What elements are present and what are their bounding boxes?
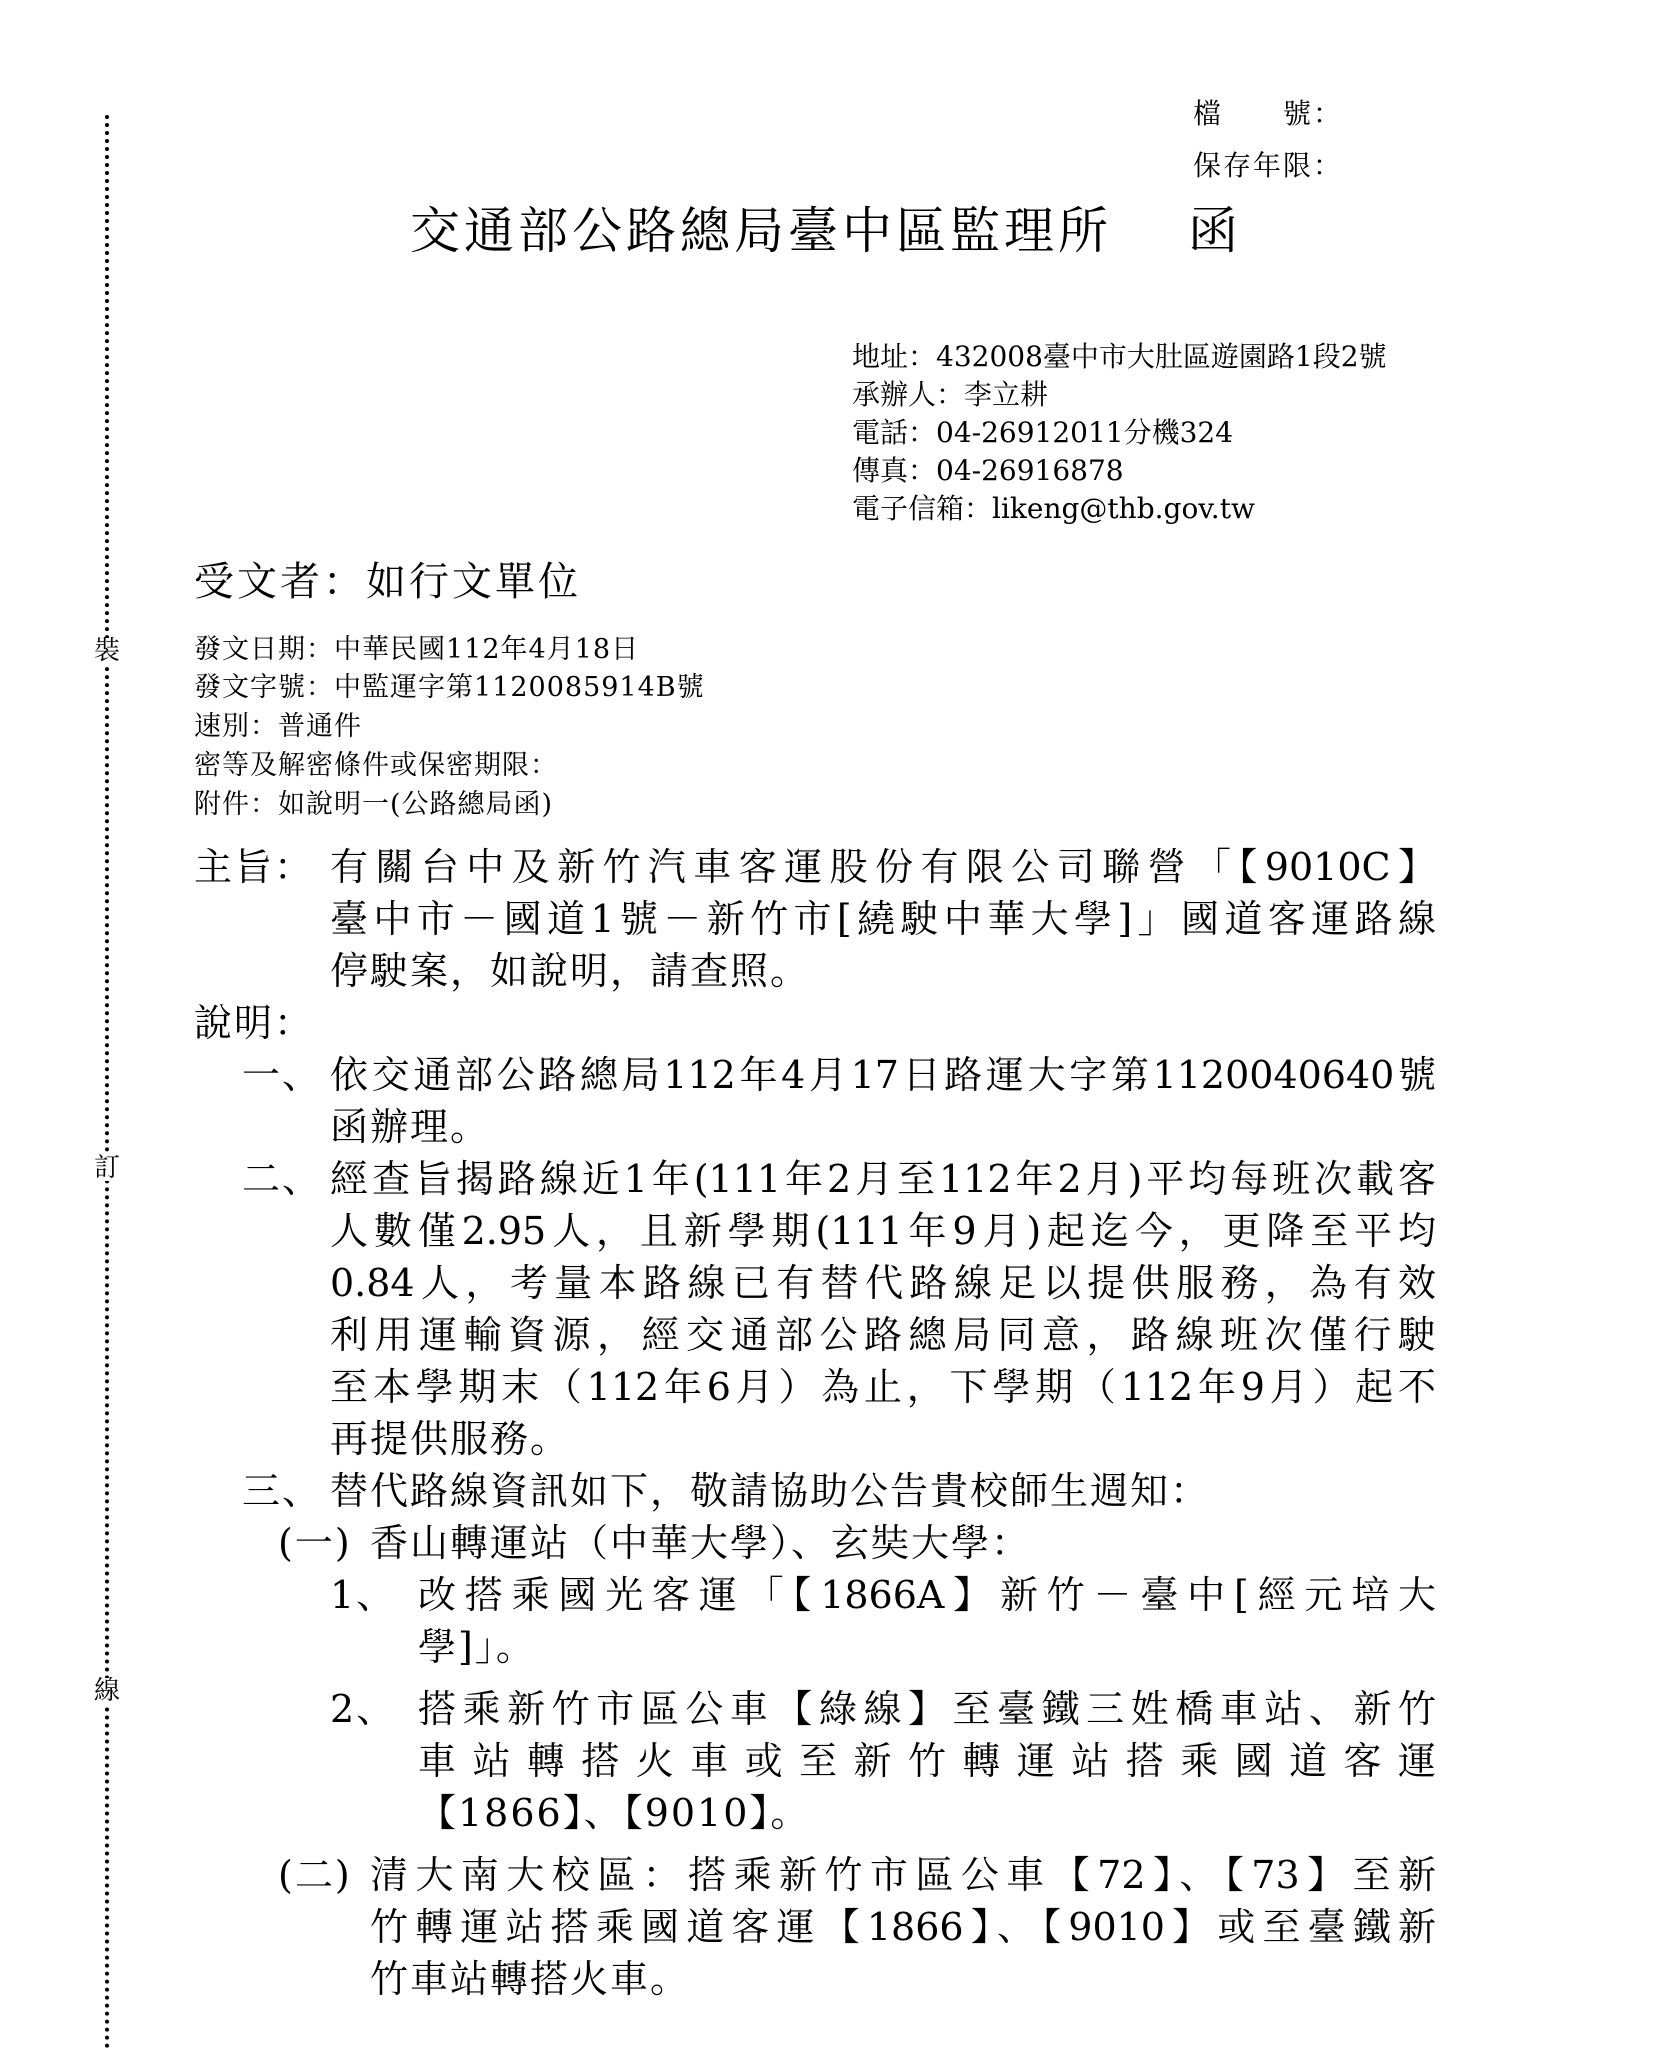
item-line: 依交通部公路總局112年4月17日路運大字第1120040640號 [330,1056,1436,1094]
subitem-line: 竹轉運站搭乘國道客運【1866】、【9010】或至臺鐵新 [370,1908,1436,1946]
item-line: 0.84人，考量本路線已有替代路線足以提供服務，為有效 [330,1264,1436,1302]
delivery-speed: 速別：普通件 [194,713,362,740]
contact-handler: 承辦人：李立耕 [852,381,1048,409]
point-line: 搭乘新竹市區公車【綠線】至臺鐵三姓橋車站、新竹 [418,1690,1436,1728]
item-line: 人數僅2.95人，且新學期(111年9月)起迄今，更降至平均 [330,1212,1436,1250]
item-line: 利用運輸資源，經交通部公路總局同意，路線班次僅行駛 [330,1316,1436,1354]
item-line: 至本學期末（112年6月）為止，下學期（112年9月）起不 [330,1368,1436,1406]
document-type: 函 [1188,202,1242,260]
item-marker: 二、 [242,1160,322,1198]
point-marker: 2、 [330,1690,396,1728]
item-marker: 一、 [242,1056,322,1094]
item-line: 函辦理。 [330,1108,490,1146]
binding-label-xian: 線 [88,1678,126,1704]
issue-date: 發文日期：中華民國112年4月18日 [194,636,639,663]
item-line: 再提供服務。 [330,1420,570,1458]
point-line: 車站轉搭火車或至新竹轉運站搭乘國道客運 [418,1742,1436,1780]
subject-line: 停駛案，如說明，請查照。 [330,952,810,990]
contact-address: 地址：432008臺中市大肚區遊園路1段2號 [852,343,1387,371]
subitem-line: 香山轉運站（中華大學）、玄奘大學： [370,1524,1031,1562]
subitem-line: 竹車站轉搭火車。 [370,1960,690,1998]
document-page: 裝 訂 線 檔 號： 保存年限： 交通部公路總局臺中區監理所函 地址：43200… [0,0,1653,2056]
subitem-line: 清大南大校區：搭乘新竹市區公車【72】、【73】至新 [370,1856,1436,1894]
contact-phone: 電話：04-26912011分機324 [852,419,1233,447]
recipient: 受文者：如行文單位 [194,562,581,602]
file-number-label: 檔 號： [1193,100,1343,128]
issue-number: 發文字號：中監運字第1120085914B號 [194,674,705,701]
classification: 密等及解密條件或保密期限： [194,752,558,779]
binding-label-ding: 訂 [88,1155,126,1181]
subject-line: 有關台中及新竹汽車客運股份有限公司聯營「【9010C】 [330,848,1436,886]
point-line: 【1866】、【9010】。 [418,1794,810,1832]
agency-name: 交通部公路總局臺中區監理所 [410,202,1112,260]
retention-period-label: 保存年限： [1193,152,1343,180]
item-line: 替代路線資訊如下，敬請協助公告貴校師生週知： [330,1472,1210,1510]
document-title: 交通部公路總局臺中區監理所函 [410,206,1242,256]
subitem-marker: (二) [278,1856,352,1894]
attachment: 附件：如說明一(公路總局函) [194,791,553,818]
subject-line: 臺中市－國道1號－新竹市[繞駛中華大學]」國道客運路線 [330,900,1436,938]
binding-dotted-line [105,115,109,2050]
contact-fax: 傳真：04-26916878 [852,457,1124,485]
item-line: 經查旨揭路線近1年(111年2月至112年2月)平均每班次載客 [330,1160,1436,1198]
subitem-marker: (一) [278,1524,352,1562]
point-line: 學]」。 [418,1628,536,1666]
item-marker: 三、 [242,1472,322,1510]
binding-label-zhuang: 裝 [88,638,126,664]
point-line: 改搭乘國光客運「【1866A】新竹－臺中[經元培大 [418,1576,1436,1614]
point-marker: 1、 [330,1576,396,1614]
explanation-label: 說明： [194,1004,314,1042]
contact-email: 電子信箱：likeng@thb.gov.tw [852,495,1255,523]
subject-label: 主旨： [194,848,314,886]
